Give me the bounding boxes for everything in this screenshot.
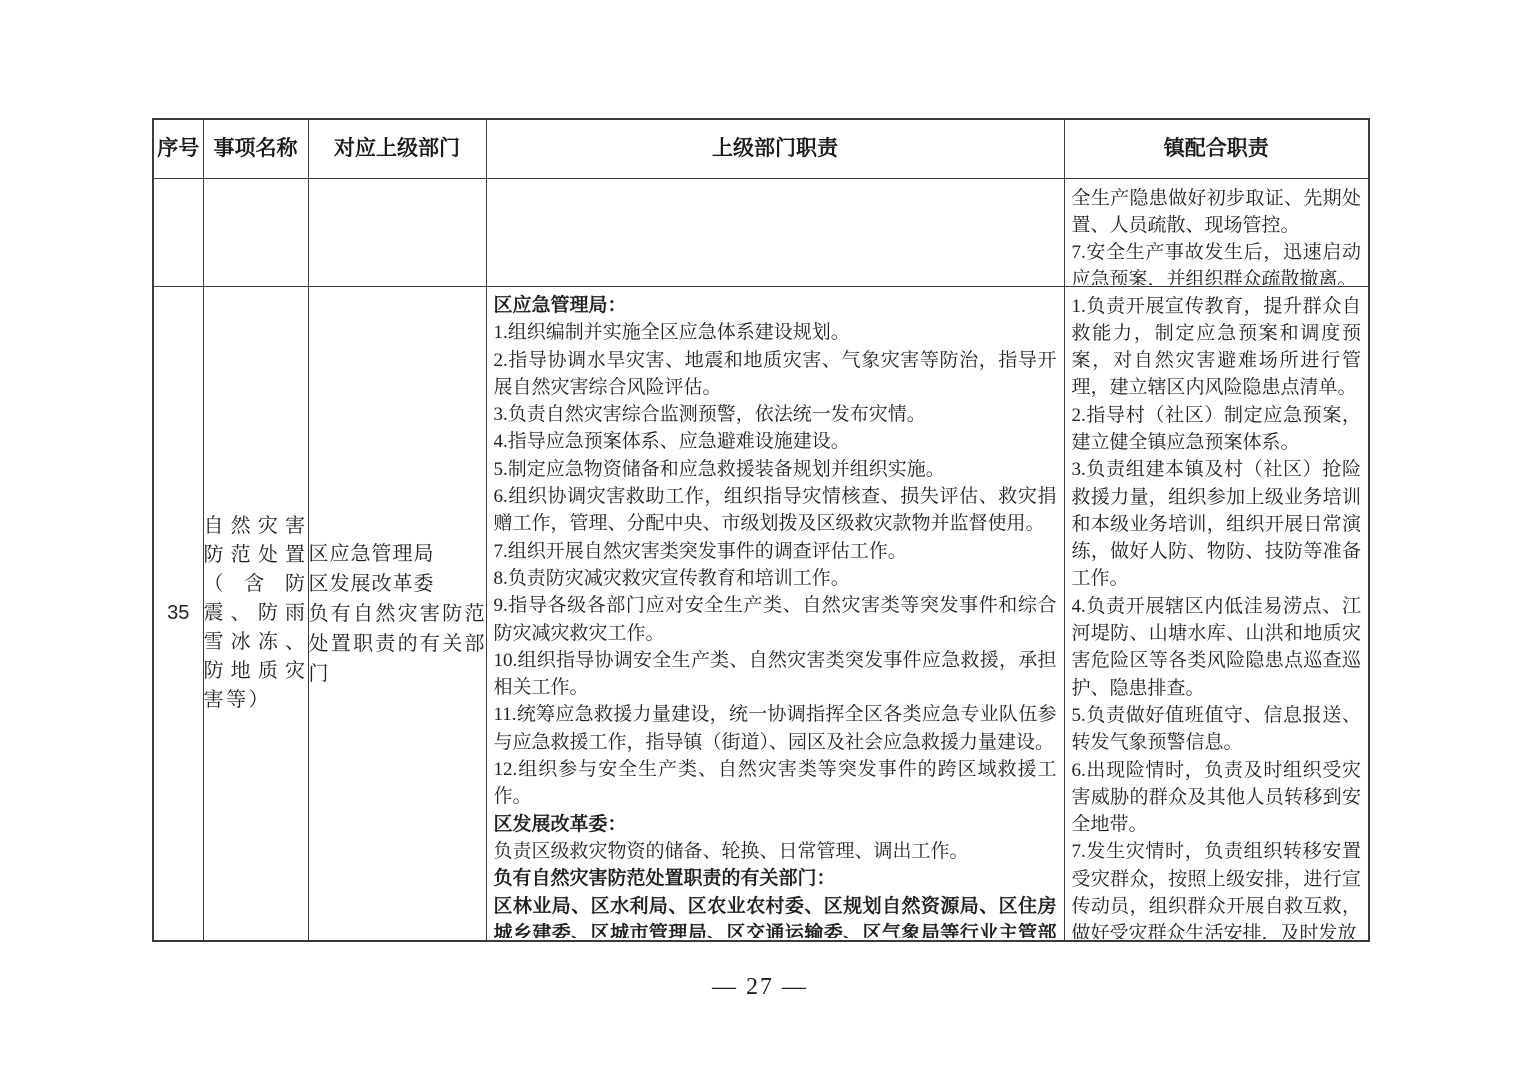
text-run: 4.负责开展辖区内低洼易涝点、江河堤防、山塘水库、山洪和地质灾害危险区等各类风险… xyxy=(1072,596,1362,699)
text-run: 6.出现险情时，负责及时组织受灾害威胁的群众及其他人员转移到安全地带。 xyxy=(1072,760,1362,836)
text-run: 区应急管理局 xyxy=(309,543,435,565)
responsibility-matrix-table: 序号 事项名称 对应上级部门 上级部门职责 镇配合职责 全生产隐患做好初步取证、… xyxy=(152,118,1370,942)
superior-duty-item: 2.指导协调水旱灾害、地震和地质灾害、气象灾害等防治，指导开展自然灾害综合风险评… xyxy=(494,347,1057,402)
text-run: 3.负责自然灾害综合监测预警，依法统一发布灾情。 xyxy=(494,404,926,425)
cell-superior-duties: 区应急管理局：1.组织编制并实施全区应急体系建设规划。2.指导协调水旱灾害、地震… xyxy=(486,287,1064,942)
page-number: — 27 — xyxy=(0,974,1520,1001)
superior-duty-item: 4.指导应急预案体系、应急避难设施建设。 xyxy=(494,428,1057,455)
town-duty-item: 5.负责做好值班值守、信息报送、转发气象预警信息。 xyxy=(1072,702,1362,757)
text-run: 负有自然灾害防范处置职责的有关部门 xyxy=(309,603,486,685)
header-superior-dept: 对应上级部门 xyxy=(308,119,486,179)
cell-town-duties: 全生产隐患做好初步取证、先期处置、人员疏散、现场管控。7.安全生产事故发生后，迅… xyxy=(1064,179,1369,287)
header-seq: 序号 xyxy=(153,119,203,179)
text-run: 1.组织编制并实施全区应急体系建设规划。 xyxy=(494,322,850,343)
header-superior-duty: 上级部门职责 xyxy=(486,119,1064,179)
town-duty-item: 3.负责组建本镇及村（社区）抢险救援力量，组织参加上级业务培训和本级业务培训，组… xyxy=(1072,456,1362,592)
town-duty-item: 7.安全生产事故发生后，迅速启动应急预案，并组织群众疏散撤离。 xyxy=(1072,239,1362,284)
text-run: 4.指导应急预案体系、应急避难设施建设。 xyxy=(494,431,850,452)
text-run: 2.指导协调水旱灾害、地震和地质灾害、气象灾害等防治，指导开展自然灾害综合风险评… xyxy=(494,350,1057,398)
text-run: 5.制定应急物资储备和应急救援装备规划并组织实施。 xyxy=(494,459,945,480)
text-run: 7.组织开展自然灾害类突发事件的调查评估工作。 xyxy=(494,541,907,562)
text-run: 10.组织指导协调安全生产类、自然灾害类突发事件应急救援，承担相关工作。 xyxy=(494,650,1057,698)
header-town-duty: 镇配合职责 xyxy=(1064,119,1369,179)
table-row-35: 35 自然灾害防范处置（含防震、防雨雪冰冻、防地质灾害等） 区应急管理局区发展改… xyxy=(153,287,1369,942)
header-item-name: 事项名称 xyxy=(203,119,308,179)
cell-seq xyxy=(153,179,203,287)
superior-dept-line: 区发展改革委 xyxy=(309,569,486,599)
town-duty-item: 1.负责开展宣传教育，提升群众自救能力，制定应急预案和调度预案，对自然灾害避难场… xyxy=(1072,293,1362,402)
superior-dept-line: 负有自然灾害防范处置职责的有关部门 xyxy=(309,599,486,689)
town-duty-item: 全生产隐患做好初步取证、先期处置、人员疏散、现场管控。 xyxy=(1072,185,1362,240)
text-run: 9.指导各级各部门应对安全生产类、自然灾害类等突发事件和综合防灾减灾救灾工作。 xyxy=(494,595,1057,643)
text-run: 区应急管理局： xyxy=(494,295,627,316)
superior-duties-text xyxy=(494,184,1057,284)
town-duties-text: 1.负责开展宣传教育，提升群众自救能力，制定应急预案和调度预案，对自然灾害避难场… xyxy=(1072,293,1362,939)
superior-duty-item: 7.组织开展自然灾害类突发事件的调查评估工作。 xyxy=(494,538,1057,565)
superior-duty-item: 负有自然灾害防范处置职责的有关部门： xyxy=(494,865,1057,892)
table-row-continuation: 全生产隐患做好初步取证、先期处置、人员疏散、现场管控。7.安全生产事故发生后，迅… xyxy=(153,179,1369,287)
cell-seq: 35 xyxy=(153,287,203,942)
text-run: 全生产隐患做好初步取证、先期处置、人员疏散、现场管控。 xyxy=(1072,188,1362,236)
town-duties-text: 全生产隐患做好初步取证、先期处置、人员疏散、现场管控。7.安全生产事故发生后，迅… xyxy=(1072,185,1362,285)
superior-duty-item: 区应急管理局： xyxy=(494,292,1057,319)
text-run: 11.统筹应急救援力量建设，统一协调指挥全区各类应急专业队伍参与应急救援工作，指… xyxy=(494,704,1057,752)
text-run: 区发展改革委 xyxy=(309,573,435,595)
text-run: 1.负责开展宣传教育，提升群众自救能力，制定应急预案和调度预案，对自然灾害避难场… xyxy=(1072,296,1362,399)
town-duty-item: 6.出现险情时，负责及时组织受灾害威胁的群众及其他人员转移到安全地带。 xyxy=(1072,757,1362,839)
cell-item-name: 自然灾害防范处置（含防震、防雨雪冰冻、防地质灾害等） xyxy=(203,287,308,942)
text-run: 3.负责组建本镇及村（社区）抢险救援力量，组织参加上级业务培训和本级业务培训，组… xyxy=(1072,459,1362,589)
text-run: 2.指导村（社区）制定应急预案，建立健全镇应急预案体系。 xyxy=(1072,405,1362,453)
superior-duty-item: 区林业局、区水利局、区农业农村委、区规划自然资源局、区住房城乡建委、区城市管理局… xyxy=(494,893,1057,938)
text-run: 6.组织协调灾害救助工作，组织指导灾情核查、损失评估、救灾捐赠工作，管理、分配中… xyxy=(494,486,1057,534)
superior-dept-line: 区应急管理局 xyxy=(309,539,486,569)
text-run: 负责区级救灾物资的储备、轮换、日常管理、调出工作。 xyxy=(494,841,969,862)
document-page: 序号 事项名称 对应上级部门 上级部门职责 镇配合职责 全生产隐患做好初步取证、… xyxy=(0,0,1520,1074)
superior-duty-item: 8.负责防灾减灾救灾宣传教育和培训工作。 xyxy=(494,565,1057,592)
superior-duty-item: 9.指导各级各部门应对安全生产类、自然灾害类等突发事件和综合防灾减灾救灾工作。 xyxy=(494,592,1057,647)
superior-duty-item: 12.组织参与安全生产类、自然灾害类等突发事件的跨区域救援工作。 xyxy=(494,756,1057,811)
text-run: 区发展改革委： xyxy=(494,814,627,835)
cell-superior-duties xyxy=(486,179,1064,287)
town-duty-item: 2.指导村（社区）制定应急预案，建立健全镇应急预案体系。 xyxy=(1072,402,1362,457)
superior-duty-item: 3.负责自然灾害综合监测预警，依法统一发布灾情。 xyxy=(494,401,1057,428)
text-run: 12.组织参与安全生产类、自然灾害类等突发事件的跨区域救援工作。 xyxy=(494,759,1057,807)
superior-duties-text: 区应急管理局：1.组织编制并实施全区应急体系建设规划。2.指导协调水旱灾害、地震… xyxy=(494,292,1057,938)
cell-superior-depts xyxy=(308,179,486,287)
superior-duty-item: 负责区级救灾物资的储备、轮换、日常管理、调出工作。 xyxy=(494,838,1057,865)
table-header-row: 序号 事项名称 对应上级部门 上级部门职责 镇配合职责 xyxy=(153,119,1369,179)
cell-item-name xyxy=(203,179,308,287)
town-duty-item: 7.发生灾情时，负责组织转移安置受灾群众，按照上级安排，进行宣传动员，组织群众开… xyxy=(1072,838,1362,938)
cell-town-duties: 1.负责开展宣传教育，提升群众自救能力，制定应急预案和调度预案，对自然灾害避难场… xyxy=(1064,287,1369,942)
cell-superior-depts: 区应急管理局区发展改革委负有自然灾害防范处置职责的有关部门 xyxy=(308,287,486,942)
superior-duty-item: 6.组织协调灾害救助工作，组织指导灾情核查、损失评估、救灾捐赠工作，管理、分配中… xyxy=(494,483,1057,538)
superior-duty-item: 5.制定应急物资储备和应急救援装备规划并组织实施。 xyxy=(494,456,1057,483)
text-run: 5.负责做好值班值守、信息报送、转发气象预警信息。 xyxy=(1072,705,1362,753)
text-run: 区林业局、区水利局、区农业农村委、区规划自然资源局、区住房城乡建委、区城市管理局… xyxy=(494,896,1057,938)
superior-duty-item: 1.组织编制并实施全区应急体系建设规划。 xyxy=(494,319,1057,346)
text-run: 7.安全生产事故发生后，迅速启动应急预案，并组织群众疏散撤离。 xyxy=(1072,242,1362,284)
superior-duty-item: 11.统筹应急救援力量建设，统一协调指挥全区各类应急专业队伍参与应急救援工作，指… xyxy=(494,701,1057,756)
text-run: 8.负责防灾减灾救灾宣传教育和培训工作。 xyxy=(494,568,850,589)
text-run: 负有自然灾害防范处置职责的有关部门： xyxy=(494,868,836,889)
superior-duty-item: 10.组织指导协调安全生产类、自然灾害类突发事件应急救援，承担相关工作。 xyxy=(494,647,1057,702)
town-duty-item: 4.负责开展辖区内低洼易涝点、江河堤防、山塘水库、山洪和地质灾害危险区等各类风险… xyxy=(1072,593,1362,702)
superior-duty-item: 区发展改革委： xyxy=(494,811,1057,838)
text-run: 7.发生灾情时，负责组织转移安置受灾群众，按照上级安排，进行宣传动员，组织群众开… xyxy=(1072,841,1362,938)
